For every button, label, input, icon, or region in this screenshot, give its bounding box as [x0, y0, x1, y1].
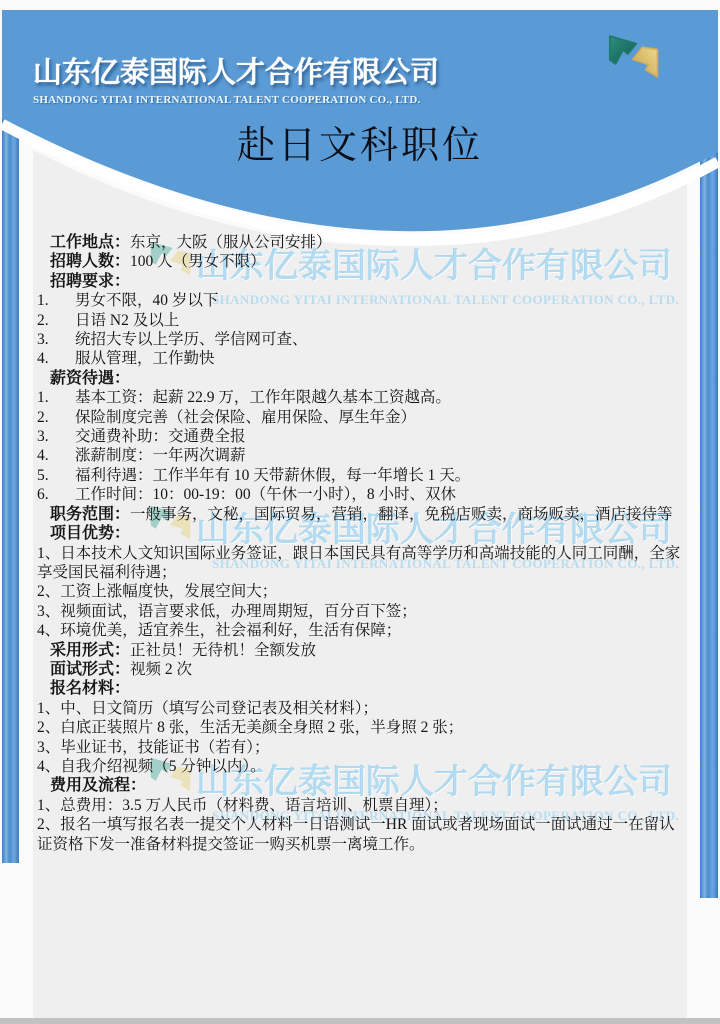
- line-text: 统招大专以上学历、学信网可查、: [75, 331, 308, 348]
- content-line: 1、中、日文简历（填写公司登记表及相关材料）；: [33, 699, 689, 718]
- content-line: 3.交通费补助：交通费全报: [33, 427, 689, 446]
- line-text: 正社员！无待机！全额发放: [130, 642, 316, 659]
- line-text: 福利待遇：工作半年有 10 天带薪休假，每一年增长 1 天。: [75, 467, 470, 484]
- content-line: 2、报名一填写报名表一提交个人材料一日语测试一HR 面试或者现场面试一面试通过一…: [33, 815, 689, 854]
- content-line: 报名材料：: [33, 679, 689, 698]
- content-line: 1、总费用：3.5 万人民币（材料费、语言培训、机票自理）；: [33, 796, 689, 815]
- content-line: 2.保险制度完善（社会保险、雇用保险、厚生年金）: [33, 408, 689, 427]
- right-ribbon-stripe: [700, 60, 718, 898]
- section-label: 采用形式：: [50, 642, 130, 659]
- list-number: 5.: [37, 466, 75, 485]
- line-text: 4、环境优美，适宜养生，社会福利好，生活有保障；: [37, 622, 401, 639]
- content-line: 1.男女不限，40 岁以下: [33, 291, 689, 310]
- list-number: 1.: [37, 291, 75, 310]
- line-text: 服从管理，工作勤快: [75, 350, 215, 367]
- company-logo-icon: [604, 34, 662, 85]
- logo-gold-shape: [633, 47, 657, 77]
- line-text: 保险制度完善（社会保险、雇用保险、厚生年金）: [75, 409, 416, 426]
- list-number: 4.: [37, 349, 75, 368]
- list-number: 3.: [37, 330, 75, 349]
- company-name-cn: 山东亿泰国际人才合作有限公司: [33, 50, 439, 91]
- section-label: 薪资待遇：: [50, 370, 130, 387]
- content-line: 面试形式：视频 2 次: [33, 660, 689, 679]
- line-text: 3、毕业证书，技能证书（若有）；: [37, 739, 270, 756]
- content-line: 3、视频面试，语言要求低，办理周期短，百分百下签；: [33, 602, 689, 621]
- page-title: 赴日文科职位: [0, 114, 720, 169]
- list-number: 6.: [37, 485, 75, 504]
- section-label: 招聘人数：: [50, 253, 130, 270]
- content-line: 2、白底正装照片 8 张，生活无美颜全身照 2 张，半身照 2 张；: [33, 718, 689, 737]
- content-line: 4.服从管理，工作勤快: [33, 349, 689, 368]
- content-line: 6.工作时间：10：00-19：00（午休一小时），8 小时、双休: [33, 485, 689, 504]
- line-text: 日语 N2 及以上: [75, 312, 179, 329]
- content-line: 4、自我介绍视频（5 分钟以内）。: [33, 757, 689, 776]
- line-text: 1、日本技术人文知识国际业务签证，跟日本国民具有高等学历和高端技能的人同工同酬，…: [37, 545, 680, 581]
- line-text: 视频 2 次: [130, 661, 192, 678]
- content-line: 招聘人数：100 人（男女不限）: [33, 252, 689, 271]
- content-lines: 工作地点：东京，大阪（服从公司安排）招聘人数：100 人（男女不限）招聘要求：1…: [33, 233, 689, 854]
- line-text: 东京，大阪（服从公司安排）: [130, 234, 332, 251]
- line-text: 3、视频面试，语言要求低，办理周期短，百分百下签；: [37, 603, 417, 620]
- content-line: 1.基本工资：起薪 22.9 万，工作年限越久基本工资越高。: [33, 388, 689, 407]
- list-number: 2.: [37, 311, 75, 330]
- section-label: 报名材料：: [50, 680, 130, 697]
- section-label: 职务范围：: [50, 506, 130, 523]
- flyer-page: 山东亿泰国际人才合作有限公司 SHANDONG YITAI INTERNATIO…: [0, 0, 720, 1024]
- line-text: 交通费补助：交通费全报: [75, 428, 246, 445]
- line-text: 一般事务，文秘，国际贸易，营销，翻译，免税店贩卖，商场贩卖，酒店接待等: [130, 506, 673, 523]
- content-line: 3.统招大专以上学历、学信网可查、: [33, 330, 689, 349]
- line-text: 2、报名一填写报名表一提交个人材料一日语测试一HR 面试或者现场面试一面试通过一…: [37, 816, 675, 852]
- content-line: 工作地点：东京，大阪（服从公司安排）: [33, 233, 689, 252]
- content-line: 2.日语 N2 及以上: [33, 311, 689, 330]
- line-text: 2、工资上涨幅度快，发展空间大；: [37, 583, 277, 600]
- content-line: 4、环境优美，适宜养生，社会福利好，生活有保障；: [33, 621, 689, 640]
- section-label: 面试形式：: [50, 661, 130, 678]
- line-text: 男女不限，40 岁以下: [75, 292, 218, 309]
- line-text: 基本工资：起薪 22.9 万，工作年限越久基本工资越高。: [75, 389, 451, 406]
- section-label: 费用及流程：: [50, 777, 146, 794]
- content-line: 职务范围：一般事务，文秘，国际贸易，营销，翻译，免税店贩卖，商场贩卖，酒店接待等: [33, 505, 689, 524]
- list-number: 4.: [37, 446, 75, 465]
- left-ribbon-stripe: [2, 60, 19, 863]
- line-text: 2、白底正装照片 8 张，生活无美颜全身照 2 张，半身照 2 张；: [37, 719, 463, 736]
- content-line: 项目优势：: [33, 524, 689, 543]
- line-text: 1、中、日文简历（填写公司登记表及相关材料）；: [37, 700, 378, 717]
- list-number: 3.: [37, 427, 75, 446]
- list-number: 2.: [37, 408, 75, 427]
- line-text: 1、总费用：3.5 万人民币（材料费、语言培训、机票自理）；: [37, 797, 448, 814]
- content-line: 4.涨薪制度：一年两次调薪: [33, 446, 689, 465]
- company-name-en: SHANDONG YITAI INTERNATIONAL TALENT COOP…: [33, 94, 439, 106]
- content-line: 费用及流程：: [33, 776, 689, 795]
- section-label: 项目优势：: [50, 525, 130, 542]
- line-text: 工作时间：10：00-19：00（午休一小时），8 小时、双休: [75, 486, 456, 503]
- list-number: 1.: [37, 388, 75, 407]
- content-line: 招聘要求：: [33, 272, 689, 291]
- content-line: 3、毕业证书，技能证书（若有）；: [33, 738, 689, 757]
- section-label: 工作地点：: [50, 234, 130, 251]
- content-line: 2、工资上涨幅度快，发展空间大；: [33, 582, 689, 601]
- content-line: 采用形式：正社员！无待机！全额发放: [33, 641, 689, 660]
- content-line: 薪资待遇：: [33, 369, 689, 388]
- line-text: 涨薪制度：一年两次调薪: [75, 447, 246, 464]
- brand-block: 山东亿泰国际人才合作有限公司 SHANDONG YITAI INTERNATIO…: [33, 50, 439, 106]
- bottom-edge-bar: [0, 1018, 720, 1024]
- section-label: 招聘要求：: [50, 273, 130, 290]
- content-line: 1、日本技术人文知识国际业务签证，跟日本国民具有高等学历和高端技能的人同工同酬，…: [33, 544, 689, 583]
- line-text: 4、自我介绍视频（5 分钟以内）。: [37, 758, 266, 775]
- line-text: 100 人（男女不限）: [130, 253, 266, 270]
- content-line: 5.福利待遇：工作半年有 10 天带薪休假，每一年增长 1 天。: [33, 466, 689, 485]
